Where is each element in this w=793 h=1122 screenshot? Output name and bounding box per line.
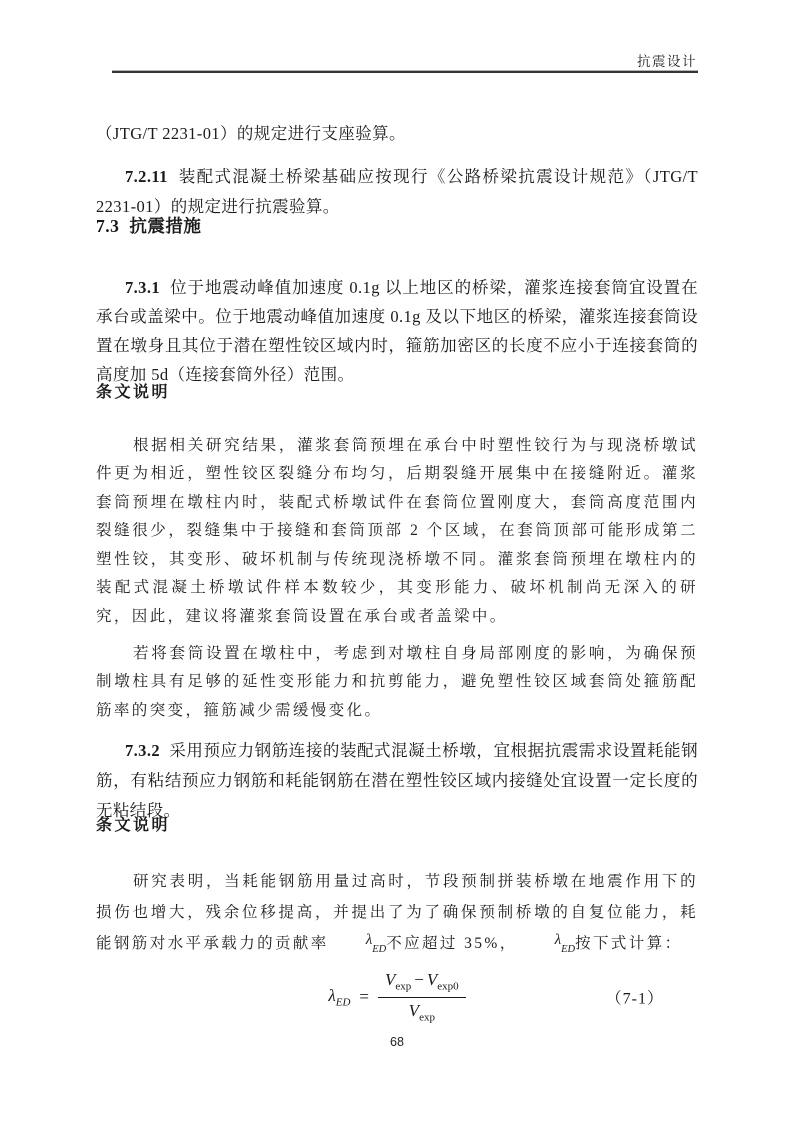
clause-text: 装配式混凝土桥梁基础应按现行《公路桥梁抗震设计规范》（JTG/T 2231-01…	[96, 167, 698, 216]
clause-number: 7.3.1	[125, 278, 160, 297]
lambda-ed-variable: λED	[329, 925, 387, 961]
commentary-label-1: 条文说明	[96, 379, 170, 402]
equals-sign: =	[359, 987, 369, 1007]
clause-text: 位于地震动峰值加速度 0.1g 以上地区的桥梁，灌浆连接套筒宜设置在承台或盖梁中…	[96, 278, 698, 384]
clause-7-3-1: 7.3.1 位于地震动峰值加速度 0.1g 以上地区的桥梁，灌浆连接套筒宜设置在…	[96, 273, 698, 389]
formula-7-1: λED = Vexp−Vexp0 Vexp （7-1）	[96, 965, 698, 1029]
commentary-text: 按下式计算：	[575, 935, 682, 952]
heading-number: 7.3	[96, 216, 119, 236]
commentary-1-paragraph-2: 若将套筒设置在墩柱中，考虑到对墩柱自身局部刚度的影响，为确保预制墩柱具有足够的延…	[96, 640, 698, 726]
commentary-text: 不应超过 35%，	[386, 935, 517, 952]
clause-number: 7.2.11	[125, 167, 168, 186]
paragraph-continuation: （JTG/T 2231-01）的规定进行支座验算。	[96, 119, 698, 149]
fraction: Vexp−Vexp0 Vexp	[378, 969, 466, 1024]
running-header: 抗震设计	[637, 50, 697, 70]
formula-lhs: λED	[328, 986, 350, 1008]
commentary-1-paragraph-1: 根据相关研究结果，灌浆套筒预埋在承台中时塑性铰行为与现浇桥墩试件更为相近，塑性铰…	[96, 432, 698, 632]
commentary-2-paragraph-1: 研究表明，当耗能钢筋用量过高时，节段预制拼装桥墩在地震作用下的损伤也增大，残余位…	[96, 866, 698, 965]
page-number: 68	[96, 1035, 698, 1049]
fraction-numerator: Vexp−Vexp0	[378, 969, 466, 997]
commentary-text: 若将套筒设置在墩柱中，考虑到对墩柱自身局部刚度的影响，为确保预制墩柱具有足够的延…	[96, 645, 698, 719]
lambda-ed-variable: λED	[518, 925, 576, 961]
clause-text: 采用预应力钢筋连接的装配式混凝土桥墩，宜根据抗震需求设置耗能钢筋，有粘结预应力钢…	[96, 741, 698, 820]
clause-7-3-2: 7.3.2 采用预应力钢筋连接的装配式混凝土桥墩，宜根据抗震需求设置耗能钢筋，有…	[96, 736, 698, 826]
header-rule	[112, 70, 698, 73]
section-heading-7-3: 7.3抗震措施	[96, 213, 201, 238]
commentary-text: 根据相关研究结果，灌浆套筒预埋在承台中时塑性铰行为与现浇桥墩试件更为相近，塑性铰…	[96, 437, 698, 626]
fraction-denominator: Vexp	[409, 998, 435, 1025]
equation-number: （7-1）	[606, 986, 664, 1009]
clause-number: 7.3.2	[125, 741, 160, 760]
document-page: 抗震设计 （JTG/T 2231-01）的规定进行支座验算。 7.2.11 装配…	[0, 0, 793, 1122]
commentary-label-2: 条文说明	[96, 812, 170, 835]
continuation-text: （JTG/T 2231-01）的规定进行支座验算。	[96, 124, 406, 143]
heading-title: 抗震措施	[129, 216, 201, 236]
